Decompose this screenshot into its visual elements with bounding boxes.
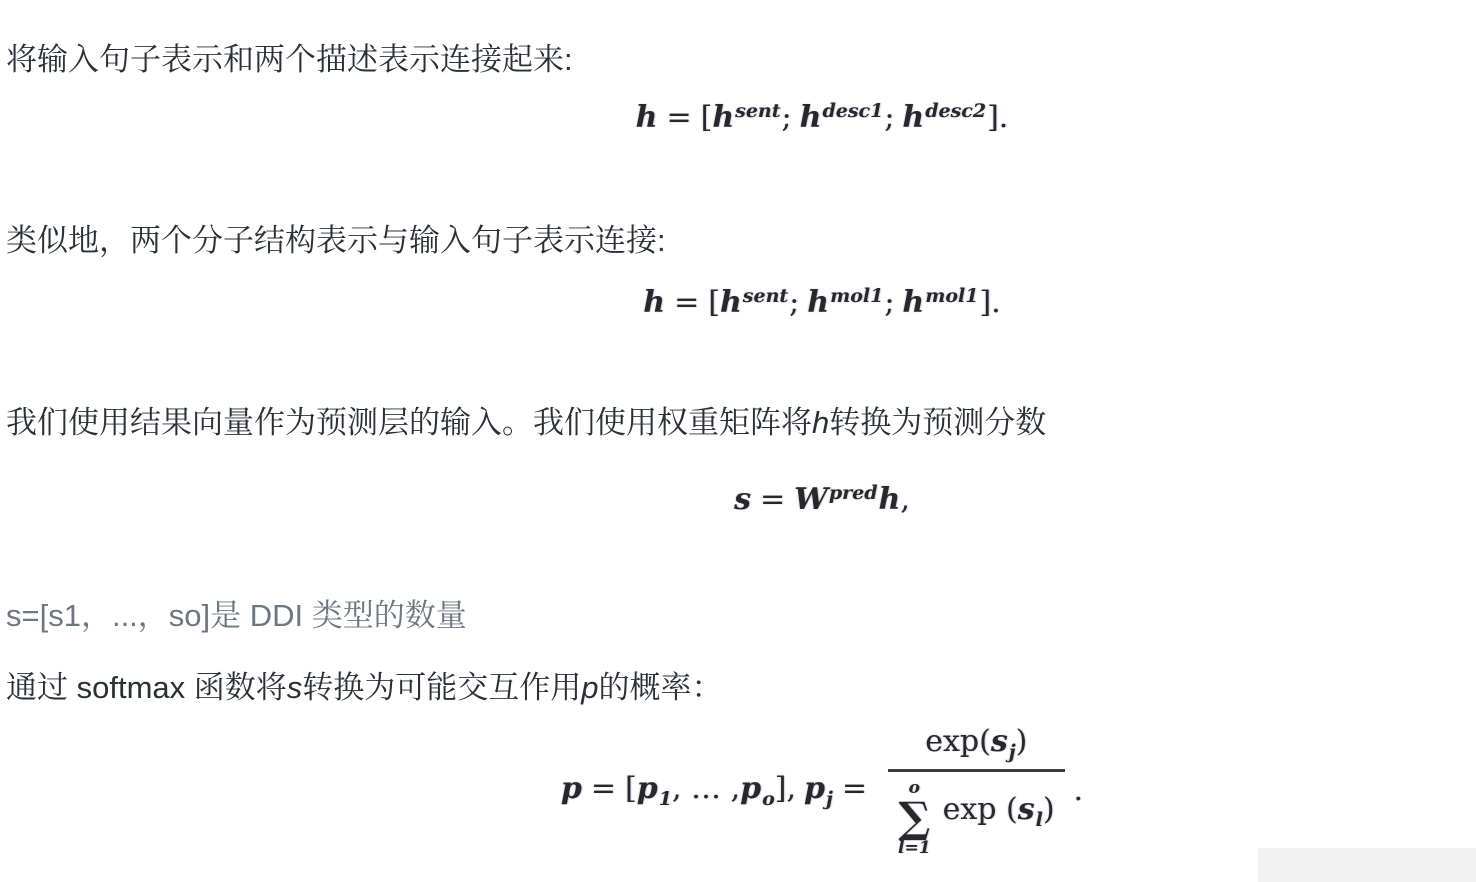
formula-symbol: W [794,482,828,517]
formula-symbol: h [636,100,658,135]
formula-superscript: sent [735,100,780,122]
paragraph-prediction-layer: 我们使用结果向量作为预测层的输入。我们使用权重矩阵将h转换为预测分数 [6,404,1046,441]
formula-superscript: desc2 [925,100,986,122]
formula-operator: = [666,100,691,135]
summation-symbol: o ∑ l=1 [898,780,931,857]
formula-period: . [1074,773,1084,808]
formula-bracket: ]. [987,100,1008,135]
formula-softmax-equation: p=[p1, … ,po],pj= exp(sj) o ∑ l=1 exp (s… [561,724,1083,857]
formula-symbol: h [902,285,924,320]
bottom-right-panel [1258,848,1476,882]
formula-prediction-score: s=Wpredh, [0,482,1476,517]
fraction-numerator: exp(sj) [909,724,1043,769]
formula-symbol: h [720,285,742,320]
paragraph-text: 我们使用结果向量作为预测层的输入。我们使用权重矩阵将 [6,405,812,440]
formula-bracket: [ [708,285,720,320]
formula-superscript: mol1 [925,285,978,307]
formula-operator: = [591,771,616,806]
exp-function: exp( [925,724,991,759]
formula-fraction: exp(sj) o ∑ l=1 exp (sl) [888,724,1064,857]
formula-separator: ; [789,285,799,320]
formula-concat-descriptions: h=[hsent;hdesc1;hdesc2]. [0,100,1476,135]
paragraph-text: 类似地，两个分子结构表示与输入句子表示连接: [6,223,666,258]
formula-bracket: ]. [979,285,1000,320]
formula-operator: = [674,285,699,320]
formula-operator: = [760,482,785,517]
paragraph-text: 的概率： [599,670,723,705]
paragraph-concat-desc-intro: 将输入句子表示和两个描述表示连接起来: [6,41,573,78]
paragraph-softmax-intro: 通过 softmax 函数将s转换为可能交互作用p的概率： [6,669,723,706]
formula-subscript: j [1009,741,1016,763]
formula-symbol: p [740,771,761,806]
formula-concat-molecules: h=[hsent;hmol1;hmol1]. [0,285,1476,320]
formula-superscript: mol1 [830,285,883,307]
fraction-denominator: o ∑ l=1 exp (sl) [888,769,1064,857]
paragraph-concat-mol-intro: 类似地，两个分子结构表示与输入句子表示连接: [6,222,666,259]
formula-bracket: ], [775,771,796,806]
formula-separator: ; [884,100,894,135]
formula-symbol: h [643,285,665,320]
formula-main-line: p=[p1, … ,po],pj= [561,771,876,810]
formula-superscript: desc1 [822,100,883,122]
formula-symbol: s [1018,792,1035,827]
formula-symbol: h [902,100,924,135]
formula-bracket: [ [625,771,637,806]
formula-subscript: 1 [659,788,672,810]
paragraph-text: 将输入句子表示和两个描述表示连接起来: [6,42,573,77]
inline-variable-h: h [812,405,829,440]
formula-symbol: p [561,771,582,806]
formula-symbol: p [637,771,658,806]
formula-comma: , [900,482,910,517]
exp-function: exp ( [943,792,1018,827]
paragraph-text: 通过 softmax 函数将 [6,670,287,705]
formula-dots: , … , [672,771,740,806]
formula-bracket: [ [701,100,713,135]
formula-symbol: h [879,482,901,517]
formula-operator: = [842,771,867,806]
note-ddi-types: s=[s1，...，so]是 DDI 类型的数量 [6,597,467,634]
formula-symbol: h [712,100,734,135]
formula-paren: ) [1016,724,1028,759]
formula-subscript: o [762,788,775,810]
paragraph-text: 转换为预测分数 [829,405,1046,440]
note-text: s=[s1，...，so]是 DDI 类型的数量 [6,598,467,633]
formula-symbol: s [991,724,1008,759]
formula-superscript: pred [829,482,878,504]
formula-separator: ; [782,100,792,135]
sum-lower-limit: l=1 [898,840,931,857]
formula-subscript: j [826,788,833,810]
formula-paren: ) [1043,792,1055,827]
inline-variable-s: s [287,670,303,705]
formula-superscript: sent [743,285,788,307]
inline-variable-p: p [581,670,598,705]
denominator-expression: exp (sl) [943,792,1055,831]
formula-symbol: s [734,482,751,517]
formula-symbol: h [807,285,829,320]
formula-symbol: h [800,100,822,135]
formula-separator: ; [884,285,894,320]
formula-softmax-probability: p=[p1, … ,po],pj= exp(sj) o ∑ l=1 exp (s… [0,724,1476,857]
paragraph-text: 转换为可能交互作用 [302,670,581,705]
sigma-icon: ∑ [899,798,931,838]
formula-subscript: l [1036,809,1043,831]
formula-symbol: p [804,771,825,806]
